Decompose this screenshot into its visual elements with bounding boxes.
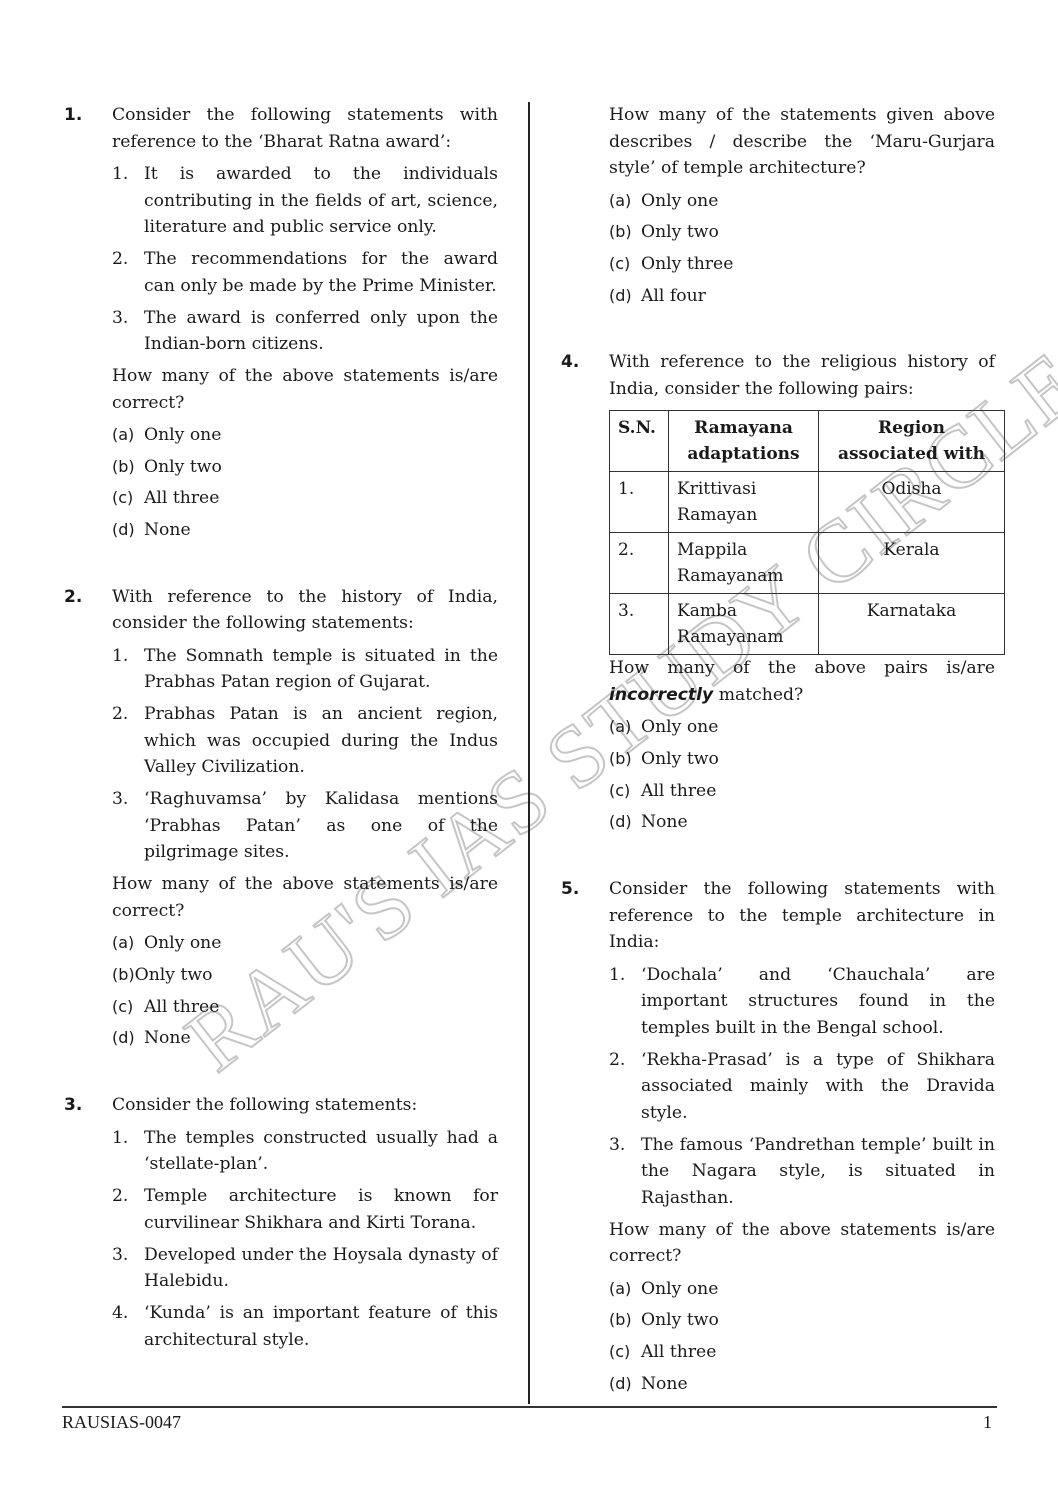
option-text: Only three: [641, 254, 733, 274]
option-label: (d): [112, 514, 144, 546]
option-d[interactable]: (d)None: [112, 1022, 498, 1054]
question-number: 5.: [561, 876, 579, 903]
option-c[interactable]: (c)Only three: [609, 248, 995, 280]
option-b[interactable]: (b)Only two: [609, 216, 995, 248]
statement: 1.The temples constructed usually had a …: [112, 1125, 498, 1178]
statement-number: 4.: [112, 1300, 128, 1327]
prompt-emphasis: incorrectly: [609, 685, 713, 705]
statement-number: 3.: [112, 1242, 128, 1269]
question-number: 3.: [64, 1092, 82, 1119]
statement-list: 1.The temples constructed usually had a …: [112, 1125, 498, 1354]
statement: 3.The famous ‘Pandrethan temple’ built i…: [609, 1132, 995, 1212]
statement-number: 1.: [609, 962, 625, 989]
question-3: 3. Consider the following statements: 1.…: [62, 1092, 498, 1353]
table-cell: 3.: [610, 594, 669, 655]
question-stem: With reference to the religious history …: [609, 349, 995, 402]
statement-text: Temple architecture is known for curvili…: [144, 1186, 498, 1233]
option-label: (b): [112, 451, 144, 483]
option-text: Only two: [641, 222, 719, 242]
option-c[interactable]: (c)All three: [609, 1336, 995, 1368]
option-text: Only two: [144, 457, 222, 477]
option-c[interactable]: (c)All three: [112, 482, 498, 514]
option-a[interactable]: (a)Only one: [609, 185, 995, 217]
option-text: None: [144, 1028, 191, 1048]
statement-number: 1.: [112, 1125, 128, 1152]
statement: 2.The recommendations for the award can …: [112, 246, 498, 299]
question-4: 4. With reference to the religious histo…: [559, 349, 995, 838]
statement: 3.‘Raghuvamsa’ by Kalidasa mentions ‘Pra…: [112, 786, 498, 866]
option-d[interactable]: (d)All four: [609, 280, 995, 312]
option-b[interactable]: (b)Only two: [112, 959, 498, 991]
question-stem: With reference to the history of India, …: [112, 584, 498, 637]
statement-list: 1.It is awarded to the individuals contr…: [112, 161, 498, 358]
option-text: Only one: [641, 1279, 718, 1299]
prompt-text: How many of the above pairs is/are: [609, 658, 995, 678]
statement: 3.The award is conferred only upon the I…: [112, 305, 498, 358]
question-number: 1.: [64, 102, 82, 129]
question-number: 2.: [64, 584, 82, 611]
statement-text: Developed under the Hoysala dynasty of H…: [144, 1245, 498, 1292]
statement-number: 2.: [609, 1047, 625, 1074]
option-label: (d): [609, 1368, 641, 1400]
table-cell: Karnataka: [819, 594, 1005, 655]
option-label: (b): [112, 959, 135, 991]
option-text: None: [144, 520, 191, 540]
option-label: (c): [609, 775, 641, 807]
option-list: (a)Only one (b)Only two (c)All three (d)…: [609, 711, 995, 838]
statement-text: The recommendations for the award can on…: [144, 249, 498, 296]
table-cell: Kamba Ramayanam: [669, 594, 819, 655]
option-d[interactable]: (d)None: [112, 514, 498, 546]
column-header: Region associated with: [819, 411, 1005, 472]
question-prompt: How many of the statements given above d…: [609, 102, 995, 182]
statement: 3.Developed under the Hoysala dynasty of…: [112, 1242, 498, 1295]
left-column: 1. Consider the following statements wit…: [62, 102, 498, 1359]
option-d[interactable]: (d)None: [609, 1368, 995, 1400]
statement-text: The famous ‘Pandrethan temple’ built in …: [641, 1135, 995, 1208]
option-text: Only one: [144, 425, 221, 445]
option-label: (c): [609, 1336, 641, 1368]
table-cell: 2.: [610, 533, 669, 594]
table-row: 3. Kamba Ramayanam Karnataka: [610, 594, 1005, 655]
option-label: (a): [112, 419, 144, 451]
option-label: (a): [609, 185, 641, 217]
column-header: Ramayana adaptations: [669, 411, 819, 472]
statement-text: Prabhas Patan is an ancient region, whic…: [144, 704, 498, 777]
option-label: (d): [609, 280, 641, 312]
prompt-text: matched?: [713, 685, 803, 705]
table-row: 1. Krittivasi Ramayan Odisha: [610, 472, 1005, 533]
option-a[interactable]: (a)Only one: [609, 1273, 995, 1305]
option-list: (a)Only one (b)Only two (c)All three (d)…: [112, 927, 498, 1054]
statement: 2.‘Rekha-Prasad’ is a type of Shikhara a…: [609, 1047, 995, 1127]
statement-text: ‘Rekha-Prasad’ is a type of Shikhara ass…: [641, 1050, 995, 1123]
option-text: All three: [144, 488, 219, 508]
option-label: (d): [112, 1022, 144, 1054]
column-header: S.N.: [610, 411, 669, 472]
option-label: (a): [609, 711, 641, 743]
option-text: None: [641, 1374, 688, 1394]
option-a[interactable]: (a)Only one: [112, 419, 498, 451]
option-label: (a): [609, 1273, 641, 1305]
option-label: (b): [609, 1304, 641, 1336]
statement: 1.It is awarded to the individuals contr…: [112, 161, 498, 241]
table-row: 2. Mappila Ramayanam Kerala: [610, 533, 1005, 594]
table-cell: 1.: [610, 472, 669, 533]
option-text: All three: [641, 1342, 716, 1362]
option-a[interactable]: (a)Only one: [112, 927, 498, 959]
statement-text: It is awarded to the individuals contrib…: [144, 164, 498, 237]
option-label: (b): [609, 216, 641, 248]
option-list: (a)Only one (b)Only two (c)Only three (d…: [609, 185, 995, 312]
statement-list: 1.‘Dochala’ and ‘Chauchala’ are importan…: [609, 962, 995, 1212]
statement-number: 3.: [112, 786, 128, 813]
statement-number: 3.: [609, 1132, 625, 1159]
question-stem: Consider the following statements:: [112, 1092, 498, 1119]
option-label: (c): [112, 482, 144, 514]
statement-text: ‘Kunda’ is an important feature of this …: [144, 1303, 498, 1350]
statement: 4.‘Kunda’ is an important feature of thi…: [112, 1300, 498, 1353]
question-prompt: How many of the above statements is/are …: [112, 871, 498, 924]
option-label: (d): [609, 806, 641, 838]
option-b[interactable]: (b)Only two: [609, 743, 995, 775]
question-prompt: How many of the above pairs is/are incor…: [609, 655, 995, 708]
question-3-continued: How many of the statements given above d…: [559, 102, 995, 311]
statement-text: The Somnath temple is situated in the Pr…: [144, 646, 498, 693]
option-c[interactable]: (c)All three: [112, 991, 498, 1023]
option-text: All three: [144, 997, 219, 1017]
option-c[interactable]: (c)All three: [609, 775, 995, 807]
question-stem: Consider the following statements with r…: [112, 102, 498, 155]
option-text: Only two: [135, 965, 213, 985]
statement: 2.Prabhas Patan is an ancient region, wh…: [112, 701, 498, 781]
table-cell: Kerala: [819, 533, 1005, 594]
option-list: (a)Only one (b)Only two (c)All three (d)…: [609, 1273, 995, 1400]
table-cell: Odisha: [819, 472, 1005, 533]
option-text: Only one: [641, 717, 718, 737]
question-1: 1. Consider the following statements wit…: [62, 102, 498, 546]
statement-number: 1.: [112, 643, 128, 670]
option-text: Only one: [641, 191, 718, 211]
statement-number: 2.: [112, 1183, 128, 1210]
option-text: None: [641, 812, 688, 832]
table-cell: Krittivasi Ramayan: [669, 472, 819, 533]
option-a[interactable]: (a)Only one: [609, 711, 995, 743]
option-list: (a)Only one (b)Only two (c)All three (d)…: [112, 419, 498, 546]
option-b[interactable]: (b)Only two: [112, 451, 498, 483]
statement: 1.The Somnath temple is situated in the …: [112, 643, 498, 696]
question-prompt: How many of the above statements is/are …: [609, 1217, 995, 1270]
statement-text: ‘Dochala’ and ‘Chauchala’ are important …: [641, 965, 995, 1038]
question-prompt: How many of the above statements is/are …: [112, 363, 498, 416]
exam-page: RAU'S IAS STUDY CIRCLE 1. Consider the f…: [0, 0, 1058, 1497]
option-text: All three: [641, 781, 716, 801]
column-divider: [528, 102, 530, 1404]
document-code: RAUSIAS-0047: [62, 1412, 181, 1433]
statement: 2.Temple architecture is known for curvi…: [112, 1183, 498, 1236]
question-2: 2. With reference to the history of Indi…: [62, 584, 498, 1054]
question-5: 5. Consider the following statements wit…: [559, 876, 995, 1399]
option-label: (b): [609, 743, 641, 775]
option-d[interactable]: (d)None: [609, 806, 995, 838]
statement-number: 2.: [112, 701, 128, 728]
statement-text: The award is conferred only upon the Ind…: [144, 308, 498, 355]
statement: 1.‘Dochala’ and ‘Chauchala’ are importan…: [609, 962, 995, 1042]
footer-rule: [62, 1406, 997, 1408]
option-label: (c): [609, 248, 641, 280]
statement-number: 3.: [112, 305, 128, 332]
statement-number: 1.: [112, 161, 128, 188]
statement-list: 1.The Somnath temple is situated in the …: [112, 643, 498, 866]
statement-text: The temples constructed usually had a ‘s…: [144, 1128, 498, 1175]
option-text: All four: [641, 286, 706, 306]
pairs-table: S.N. Ramayana adaptations Region associa…: [609, 410, 1005, 655]
option-label: (a): [112, 927, 144, 959]
option-text: Only two: [641, 749, 719, 769]
option-b[interactable]: (b)Only two: [609, 1304, 995, 1336]
table-header-row: S.N. Ramayana adaptations Region associa…: [610, 411, 1005, 472]
option-text: Only two: [641, 1310, 719, 1330]
right-column: How many of the statements given above d…: [559, 102, 995, 1399]
table-cell: Mappila Ramayanam: [669, 533, 819, 594]
option-text: Only one: [144, 933, 221, 953]
question-number: 4.: [561, 349, 579, 376]
question-stem: Consider the following statements with r…: [609, 876, 995, 956]
statement-number: 2.: [112, 246, 128, 273]
statement-text: ‘Raghuvamsa’ by Kalidasa mentions ‘Prabh…: [144, 789, 498, 862]
page-number: 1: [983, 1412, 992, 1433]
option-label: (c): [112, 991, 144, 1023]
